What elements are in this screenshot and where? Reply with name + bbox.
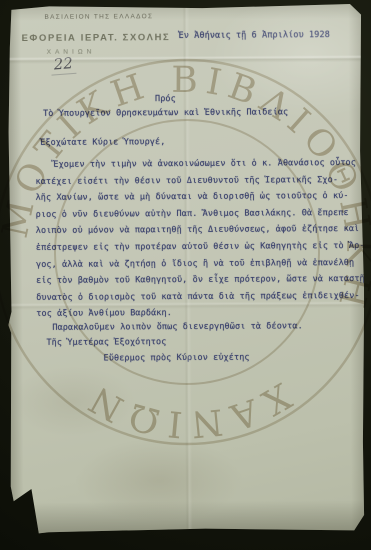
paper-sheet: ΒΑΣΙΛΕΙΟΝ ΤΗΣ ΕΛΛΑΔΟΣ ΕΦΟΡΕΙΑ ΙΕΡΑΤ. ΣΧΟ… <box>6 3 365 534</box>
body-line: δυνατὸς ὁ διορισμὸς τοῦ κατὰ πάντα διὰ τ… <box>36 291 346 309</box>
salutation: Ἐξοχώτατε Κύριε Ὑπουργέ, <box>40 137 165 148</box>
scanned-letter-page: { "document": { "letterhead": { "kingdom… <box>0 0 371 550</box>
body-line: Ἔχομεν τὴν τιμὴν νὰ ἀνακοινώσωμεν ὅτι ὁ … <box>35 158 345 176</box>
closing-signature-line: Εὔθερμος πρὸς Κύριον εὐχέτης <box>104 353 250 364</box>
body-line: εἰς τὸν βαθμὸν τοῦ Καθηγητοῦ, ὃν εἶχε πρ… <box>36 274 346 292</box>
body-line: λῆς Χανίων, ὥστε νὰ μὴ δύναται νὰ διορισ… <box>36 191 346 209</box>
request-line: Παρακαλοῦμεν λοιπὸν ὅπως διενεργηθῶσι τὰ… <box>52 321 302 333</box>
recipient-address: Τὸ Ὑπουργεῖον Θρησκευμάτων καὶ Ἐθνικῆς Π… <box>43 107 288 118</box>
body-paragraph: Ἔχομεν τὴν τιμὴν νὰ ἀνακοινώσωμεν ὅτι ὁ … <box>35 158 346 326</box>
protocol-number: 22 <box>50 54 77 76</box>
recipient-to-label: Πρός <box>155 94 176 104</box>
letterhead-agency-name: ΕΦΟΡΕΙΑ ΙΕΡΑΤ. ΣΧΟΛΗΣ <box>22 32 171 44</box>
body-line: γος, ἀλλὰ καὶ νὰ ζητήσῃ ὁ ἴδιος ἢ νὰ τοῦ… <box>36 258 346 276</box>
letterhead-kingdom-heading: ΒΑΣΙΛΕΙΟΝ ΤΗΣ ΕΛΛΑΔΟΣ <box>44 13 153 21</box>
date-line: Ἐν Ἀθήναις τῇ 6 Ἀπριλίου 1928 <box>179 30 330 41</box>
body-line: ἐπέστρεψεν εἰς τὴν προτέραν αὐτοῦ θέσιν … <box>36 241 346 259</box>
closing-courtesy: Τῆς Ὑμετέρας Ἐξοχότητος <box>46 337 166 348</box>
body-line: λοιπὸν οὐ μόνον νὰ παραιτηθῇ τῆς Διευθύν… <box>36 224 346 242</box>
